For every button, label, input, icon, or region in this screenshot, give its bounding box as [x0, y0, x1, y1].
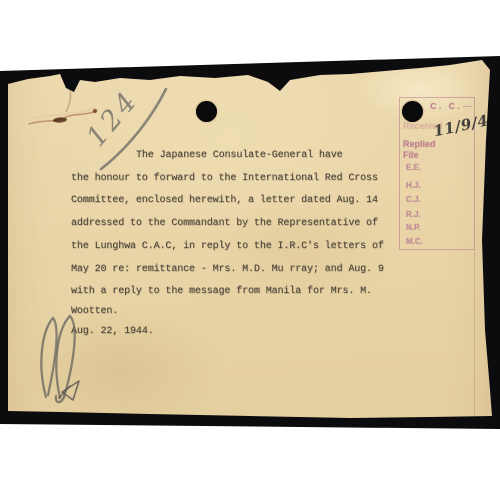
photo-scene: The Japanese Consulate-General have the … — [0, 0, 500, 500]
typed-text-block: The Japanese Consulate-General have the … — [71, 145, 401, 344]
typed-line: the Lunghwa C.A.C, in reply to the I.R.C… — [71, 236, 401, 259]
stamp-initials: C.J. — [406, 195, 421, 204]
stamp-initials: E.E. — [406, 163, 421, 172]
stamp-initials: R.J. — [406, 210, 421, 219]
typed-line: with a reply to the message from Manila … — [71, 281, 401, 304]
stamp-initials: H.J. — [406, 181, 421, 190]
typed-date-line: Aug. 22, 1944. — [71, 321, 401, 344]
typed-line: Committee, enclosed herewith, a letter d… — [71, 190, 401, 213]
paper-crease-line — [474, 250, 475, 418]
typed-line: the honour to forward to the Internation… — [71, 168, 401, 191]
typed-line: The Japanese Consulate-General have — [71, 145, 401, 168]
typed-line: addressed to the Commandant by the Repre… — [71, 213, 401, 236]
stamp-row-replied: Replied — [403, 139, 436, 149]
stamp-row-file: File — [403, 150, 419, 160]
stamp-initials: N.P. — [406, 223, 421, 232]
punch-hole-left — [196, 101, 217, 122]
typed-line: May 20 re: remittance - Mrs. M.D. Mu rra… — [71, 259, 401, 282]
stamp-initials: M.C. — [406, 237, 423, 246]
punch-hole-right — [402, 101, 423, 122]
